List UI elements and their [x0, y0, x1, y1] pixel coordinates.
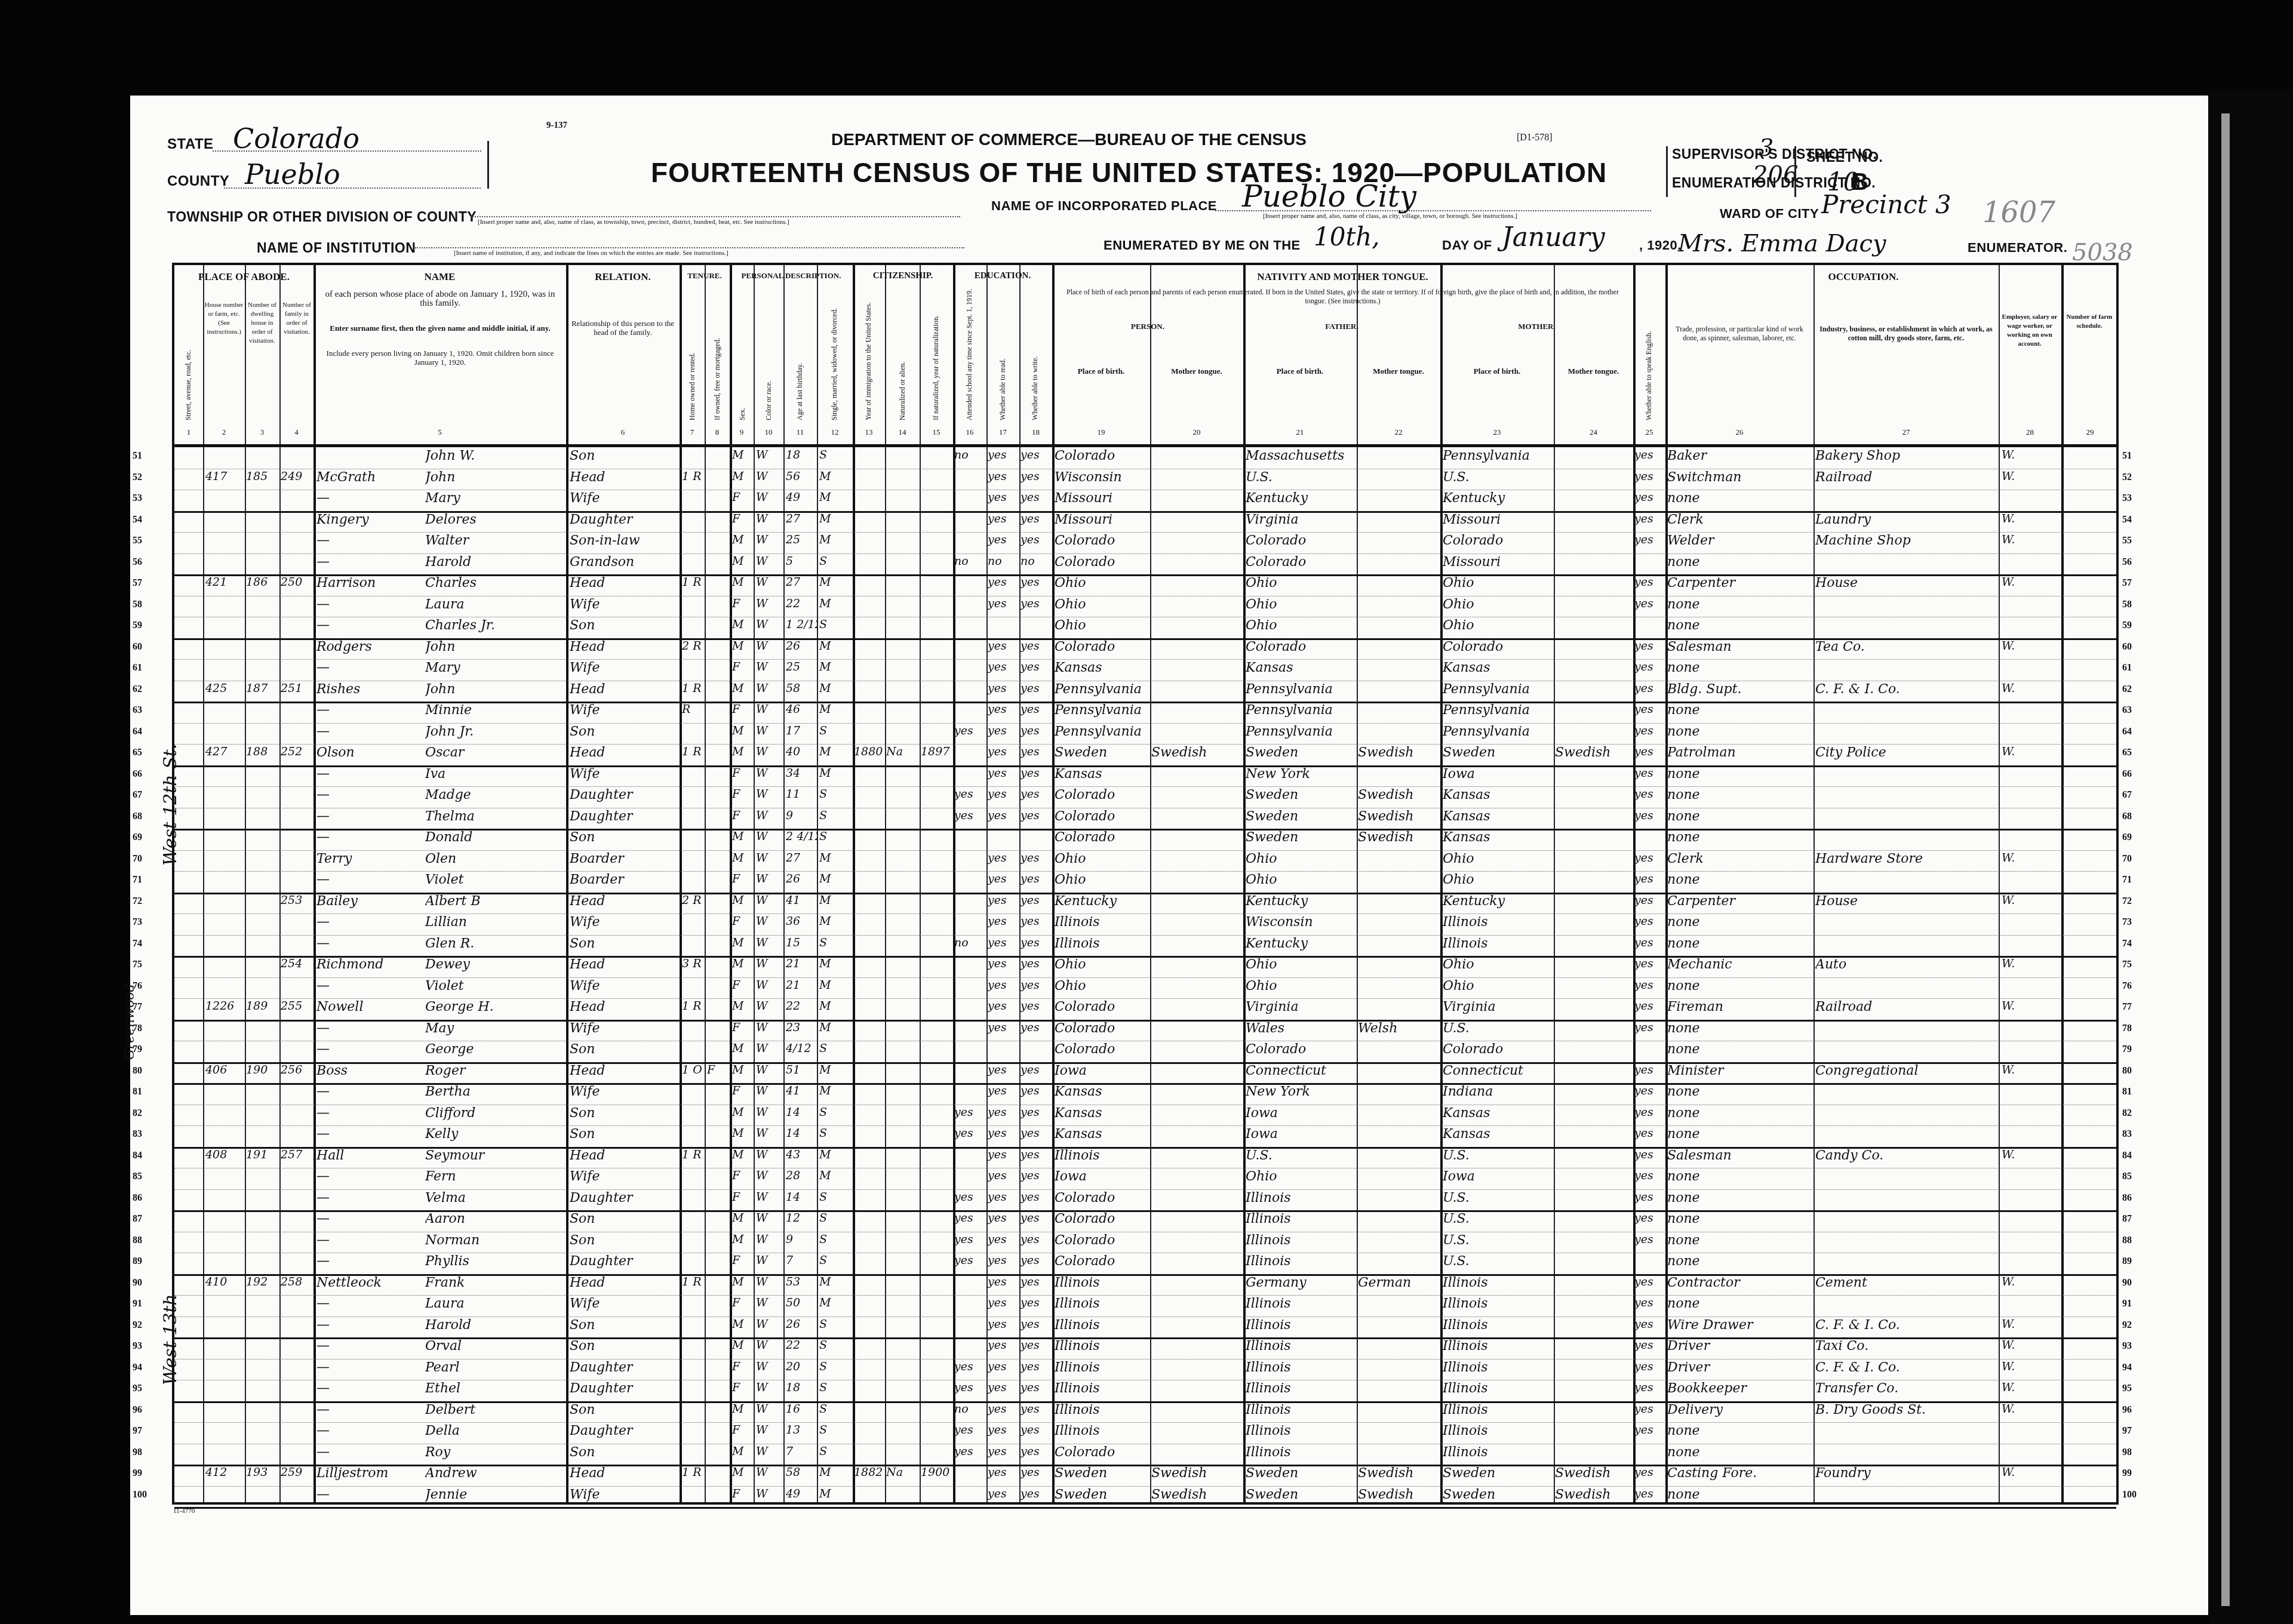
- cell-write: yes: [1021, 1339, 1052, 1352]
- line-number-right: 91: [2122, 1299, 2132, 1309]
- cell-father-birthplace: Massachusetts: [1246, 448, 1355, 463]
- cell-father-tongue: Swedish: [1358, 830, 1439, 845]
- cell-father-birthplace: Illinois: [1246, 1423, 1355, 1438]
- cell-age: 51: [786, 1063, 817, 1076]
- cell-read: yes: [988, 533, 1019, 546]
- line-number-right: 74: [2122, 939, 2132, 949]
- cell-age: 9: [786, 1233, 817, 1246]
- cell-race: W: [756, 1191, 782, 1204]
- colnum-10: 10: [754, 427, 783, 437]
- cell-birthplace: Pennsylvania: [1055, 703, 1149, 718]
- cell-speaks-english: yes: [1634, 682, 1664, 695]
- cell-relation: Head: [570, 576, 677, 590]
- cell-given-name: Frank: [425, 1275, 563, 1290]
- cell-trade: Casting Fore.: [1667, 1466, 1813, 1481]
- cell-given-name: Oscar: [425, 745, 563, 760]
- cell-read: yes: [988, 470, 1019, 483]
- cell-home-owned: 1 R: [682, 1148, 727, 1161]
- cell-mother-birthplace: Illinois: [1443, 915, 1553, 930]
- cell-sex: M: [732, 894, 752, 907]
- cell-marital-status: M: [819, 1021, 852, 1034]
- cell-age: 9: [786, 809, 817, 822]
- cell-relation: Daughter: [570, 788, 677, 802]
- name-instr-2: Include every person living on January 1…: [321, 349, 560, 367]
- street-name-west-12th: West 12th St.: [160, 744, 181, 866]
- colnum-27: 27: [1814, 427, 1999, 437]
- cell-house-number: 412: [205, 1466, 245, 1479]
- cell-birthplace: Illinois: [1055, 1318, 1149, 1333]
- cell-marital-status: S: [819, 1042, 852, 1055]
- cell-father-birthplace: Illinois: [1246, 1445, 1355, 1460]
- cell-surname: —: [316, 1127, 430, 1142]
- cell-industry: Taxi Co.: [1815, 1339, 1997, 1354]
- cell-sex: F: [732, 597, 752, 610]
- cell-sex: F: [732, 767, 752, 780]
- cell-speaks-english: yes: [1634, 724, 1664, 737]
- cell-read: yes: [988, 957, 1019, 970]
- cell-father-birthplace: Ohio: [1246, 1169, 1355, 1184]
- cell-race: W: [756, 555, 782, 568]
- table-row: —DelbertSonMW16SnoyesyesIllinoisIllinois…: [174, 1401, 2116, 1423]
- cell-birthplace: Ohio: [1055, 597, 1149, 612]
- cell-marital-status: S: [819, 555, 852, 568]
- cell-marital-status: M: [819, 660, 852, 673]
- cell-birthplace: Kansas: [1055, 1127, 1149, 1142]
- cell-mother-birthplace: Sweden: [1443, 745, 1553, 760]
- supervisor-district-value: 3: [1759, 134, 1773, 162]
- cell-mother-birthplace: Ohio: [1443, 618, 1553, 633]
- cell-house-number: 406: [205, 1063, 245, 1076]
- cell-school: yes: [954, 1445, 985, 1458]
- cell-relation: Son: [570, 618, 677, 633]
- cell-relation: Daughter: [570, 1360, 677, 1375]
- cell-marital-status: S: [819, 1360, 852, 1373]
- table-row: —LauraWifeFW22MyesyesOhioOhioOhioyesnone…: [174, 596, 2116, 618]
- cell-birthplace: Ohio: [1055, 979, 1149, 994]
- cell-race: W: [756, 682, 782, 695]
- cell-age: 21: [786, 979, 817, 992]
- cell-marital-status: M: [819, 491, 852, 504]
- line-number-right: 97: [2122, 1426, 2132, 1437]
- cell-family-number: 249: [281, 470, 313, 483]
- cell-speaks-english: yes: [1634, 957, 1664, 970]
- cell-given-name: Fern: [425, 1169, 563, 1184]
- county-label: COUNTY: [167, 173, 229, 190]
- incorporated-place-value: Pueblo City: [1242, 179, 1416, 214]
- cell-surname: —: [316, 1487, 430, 1502]
- cell-home-owned: 1 R: [682, 745, 727, 758]
- cell-marital-status: S: [819, 1423, 852, 1437]
- cell-given-name: Thelma: [425, 809, 563, 824]
- cell-mother-birthplace: Kansas: [1443, 830, 1553, 845]
- nativity-desc: Place of birth of each person and parent…: [1058, 288, 1627, 306]
- cell-sex: M: [732, 936, 752, 949]
- line-number-left: 61: [133, 663, 142, 673]
- colnum-20: 20: [1150, 427, 1243, 437]
- form-number: 9-137: [546, 121, 567, 131]
- cell-surname: Nowell: [316, 999, 430, 1014]
- colnum-18: 18: [1019, 427, 1052, 437]
- cell-trade: none: [1667, 767, 1813, 782]
- cell-age: 49: [786, 1487, 817, 1500]
- cell-school: yes: [954, 1233, 985, 1246]
- cell-speaks-english: yes: [1634, 470, 1664, 483]
- cell-surname: —: [316, 1042, 430, 1057]
- cell-write: yes: [1021, 1466, 1052, 1479]
- group-occupation: OCCUPATION.: [1665, 271, 2061, 283]
- cell-race: W: [756, 512, 782, 525]
- cell-school: yes: [954, 1254, 985, 1267]
- cell-speaks-english: yes: [1634, 1233, 1664, 1246]
- colnum-8: 8: [705, 427, 730, 437]
- colnum-21: 21: [1243, 427, 1357, 437]
- cell-birthplace: Kansas: [1055, 767, 1149, 782]
- table-row: 425187251RishesJohnHead1 RMW58MyesyesPen…: [174, 681, 2116, 704]
- cell-race: W: [756, 1106, 782, 1119]
- cell-race: W: [756, 809, 782, 822]
- cell-marital-status: S: [819, 788, 852, 801]
- cell-given-name: Delbert: [425, 1402, 563, 1417]
- cell-race: W: [756, 660, 782, 673]
- cell-read: yes: [988, 639, 1019, 653]
- line-number-left: 75: [133, 959, 142, 970]
- cell-house-number: 421: [205, 576, 245, 589]
- enumerator-name: Mrs. Emma Dacy: [1678, 230, 1886, 257]
- cell-relation: Wife: [570, 703, 677, 718]
- cell-write: yes: [1021, 1084, 1052, 1097]
- cell-surname: —: [316, 1191, 430, 1205]
- cell-trade: Minister: [1667, 1063, 1813, 1078]
- cell-race: W: [756, 448, 782, 462]
- cell-write: yes: [1021, 1211, 1052, 1225]
- street-name-west-13th: West 13th: [160, 1294, 181, 1385]
- cell-mother-birthplace: Illinois: [1443, 936, 1553, 951]
- cell-father-birthplace: Colorado: [1246, 555, 1355, 570]
- cell-marital-status: M: [819, 639, 852, 653]
- line-number-right: 80: [2122, 1066, 2132, 1076]
- cell-mother-birthplace: Iowa: [1443, 767, 1553, 782]
- cell-race: W: [756, 957, 782, 970]
- cell-race: W: [756, 745, 782, 758]
- cell-age: 43: [786, 1148, 817, 1161]
- cell-given-name: Violet: [425, 979, 563, 994]
- cell-speaks-english: yes: [1634, 1021, 1664, 1034]
- cell-surname: —: [316, 1402, 430, 1417]
- line-number-left: 53: [133, 493, 142, 504]
- cell-father-birthplace: Sweden: [1246, 809, 1355, 824]
- cell-school: yes: [954, 1423, 985, 1437]
- cell-surname: —: [316, 1318, 430, 1333]
- cell-surname: —: [316, 915, 430, 930]
- cell-sex: F: [732, 660, 752, 673]
- table-row: John W.SonMW18SnoyesyesColoradoMassachus…: [174, 447, 2116, 469]
- cell-industry: House: [1815, 576, 1997, 590]
- cell-family-number: 254: [281, 957, 313, 970]
- cell-marital-status: M: [819, 767, 852, 780]
- table-row: —VioletBoarderFW26MyesyesOhioOhioOhioyes…: [174, 871, 2116, 894]
- table-row: RodgersJohnHead2 RMW26MyesyesColoradoCol…: [174, 638, 2116, 660]
- cell-worker-class: W.: [2002, 1381, 2059, 1394]
- cell-trade: Wire Drawer: [1667, 1318, 1813, 1333]
- cell-school: yes: [954, 1381, 985, 1394]
- cell-birthplace: Iowa: [1055, 1063, 1149, 1078]
- cell-sex: M: [732, 576, 752, 589]
- cell-write: yes: [1021, 957, 1052, 970]
- cell-speaks-english: yes: [1634, 788, 1664, 801]
- cell-worker-class: W.: [2002, 1360, 2059, 1373]
- cell-marital-status: M: [819, 745, 852, 758]
- cell-sex: F: [732, 1360, 752, 1373]
- table-row: —MinnieWifeRFW46MyesyesPennsylvaniaPenns…: [174, 702, 2116, 724]
- cell-surname: Nettleock: [316, 1275, 430, 1290]
- cell-sex: F: [732, 915, 752, 928]
- scan-border-right: [2209, 90, 2293, 1624]
- institution-label: NAME OF INSTITUTION: [257, 240, 416, 256]
- cell-race: W: [756, 1360, 782, 1373]
- cell-write: yes: [1021, 1063, 1052, 1076]
- cell-read: yes: [988, 1275, 1019, 1288]
- cell-write: yes: [1021, 1445, 1052, 1458]
- cell-mother-birthplace: Kansas: [1443, 1106, 1553, 1121]
- line-number-left: 52: [133, 472, 142, 483]
- cell-marital-status: S: [819, 1381, 852, 1394]
- cell-surname: McGrath: [316, 470, 430, 485]
- cell-mother-birthplace: Pennsylvania: [1443, 703, 1553, 718]
- cell-father-birthplace: Illinois: [1246, 1296, 1355, 1311]
- cell-surname: Rodgers: [316, 639, 430, 654]
- cell-given-name: Laura: [425, 597, 563, 612]
- line-number-left: 65: [133, 748, 142, 758]
- cell-school: no: [954, 555, 985, 568]
- cell-mother-birthplace: U.S.: [1443, 1233, 1553, 1248]
- cell-relation: Son: [570, 448, 677, 463]
- name-desc: of each person whose place of abode on J…: [321, 290, 560, 308]
- cell-write: yes: [1021, 1191, 1052, 1204]
- cell-trade: none: [1667, 809, 1813, 824]
- cell-relation: Son: [570, 1127, 677, 1142]
- cell-write: yes: [1021, 1296, 1052, 1309]
- cell-trade: none: [1667, 1191, 1813, 1205]
- cell-race: W: [756, 788, 782, 801]
- cell-surname: —: [316, 1339, 430, 1354]
- cell-mother-mother-tongue: Swedish: [1555, 745, 1633, 760]
- cell-age: 25: [786, 660, 817, 673]
- colnum-19: 19: [1052, 427, 1150, 437]
- cell-given-name: George: [425, 1042, 563, 1057]
- cell-marital-status: S: [819, 1191, 852, 1204]
- cell-marital-status: M: [819, 999, 852, 1013]
- cell-age: 15: [786, 936, 817, 949]
- cell-relation: Wife: [570, 1169, 677, 1184]
- line-number-right: 78: [2122, 1023, 2132, 1034]
- cell-family-number: 259: [281, 1466, 313, 1479]
- cell-race: W: [756, 1148, 782, 1161]
- form-footer-code: 11-4770: [173, 1508, 195, 1515]
- cell-relation: Daughter: [570, 1381, 677, 1396]
- cell-speaks-english: yes: [1634, 1169, 1664, 1182]
- cell-trade: none: [1667, 979, 1813, 994]
- cell-trade: none: [1667, 1423, 1813, 1438]
- cell-write: yes: [1021, 1487, 1052, 1500]
- group-nativity: NATIVITY AND MOTHER TONGUE.: [1052, 271, 1633, 283]
- cell-speaks-english: yes: [1634, 1318, 1664, 1331]
- cell-age: 46: [786, 703, 817, 716]
- cell-marital-status: M: [819, 1084, 852, 1097]
- line-number-right: 65: [2122, 748, 2132, 758]
- township-label: TOWNSHIP OR OTHER DIVISION OF COUNTY: [167, 209, 477, 225]
- cell-family-number: 257: [281, 1148, 313, 1161]
- cell-relation: Wife: [570, 1021, 677, 1036]
- colnum-2: 2: [203, 427, 245, 437]
- cell-given-name: Kelly: [425, 1127, 563, 1142]
- cell-race: W: [756, 703, 782, 716]
- table-row: —MayWifeFW23MyesyesColoradoWalesWelshU.S…: [174, 1020, 2116, 1042]
- cell-trade: none: [1667, 936, 1813, 951]
- cell-marital-status: S: [819, 1254, 852, 1267]
- cell-given-name: Clifford: [425, 1106, 563, 1121]
- cell-given-name: Bertha: [425, 1084, 563, 1099]
- cell-sex: M: [732, 1063, 752, 1076]
- cell-trade: none: [1667, 1233, 1813, 1248]
- cell-surname: Boss: [316, 1063, 430, 1078]
- colnum-14: 14: [885, 427, 920, 437]
- table-row: —NormanSonMW9SyesyesyesColoradoIllinoisU…: [174, 1232, 2116, 1254]
- cell-birthplace: Pennsylvania: [1055, 724, 1149, 739]
- cell-birthplace: Colorado: [1055, 788, 1149, 802]
- cell-trade: none: [1667, 1042, 1813, 1057]
- cell-sex: M: [732, 470, 752, 483]
- cell-relation: Wife: [570, 915, 677, 930]
- cell-sex: M: [732, 999, 752, 1013]
- line-number-left: 63: [133, 705, 142, 716]
- cell-worker-class: W.: [2002, 894, 2059, 907]
- cell-family-number: 256: [281, 1063, 313, 1076]
- cell-mother-birthplace: U.S.: [1443, 1021, 1553, 1036]
- cell-surname: Kingery: [316, 512, 430, 527]
- cell-industry: Railroad: [1815, 999, 1997, 1014]
- line-number-left: 66: [133, 769, 142, 780]
- line-number-right: 76: [2122, 981, 2132, 992]
- cell-speaks-english: yes: [1634, 979, 1664, 992]
- cell-relation: Wife: [570, 597, 677, 612]
- cell-birthplace: Colorado: [1055, 999, 1149, 1014]
- line-number-right: 56: [2122, 557, 2132, 568]
- line-number-left: 67: [133, 790, 142, 801]
- col9-header: Sex.: [738, 301, 747, 420]
- cell-father-birthplace: Sweden: [1246, 1487, 1355, 1502]
- cell-mother-birthplace: Iowa: [1443, 1169, 1553, 1184]
- line-number-right: 70: [2122, 854, 2132, 865]
- cell-relation: Head: [570, 1275, 677, 1290]
- cell-surname: Bailey: [316, 894, 430, 909]
- cell-mother-birthplace: Ohio: [1443, 979, 1553, 994]
- cell-age: 26: [786, 639, 817, 653]
- cell-read: no: [988, 555, 1019, 568]
- line-number-right: 87: [2122, 1214, 2132, 1225]
- cell-given-name: Lillian: [425, 915, 563, 930]
- cell-relation: Head: [570, 1063, 677, 1078]
- line-number-right: 95: [2122, 1383, 2132, 1394]
- cell-mother-birthplace: Missouri: [1443, 512, 1553, 527]
- cell-given-name: Harold: [425, 555, 563, 570]
- cell-worker-class: W.: [2002, 1339, 2059, 1352]
- cell-surname: Richmond: [316, 957, 430, 972]
- cell-mother-birthplace: U.S.: [1443, 1148, 1553, 1163]
- cell-marital-status: S: [819, 724, 852, 737]
- cell-mother-birthplace: Pennsylvania: [1443, 682, 1553, 697]
- cell-surname: —: [316, 1084, 430, 1099]
- cell-mother-birthplace: Ohio: [1443, 872, 1553, 887]
- cell-relation: Wife: [570, 1084, 677, 1099]
- cell-mother-birthplace: Illinois: [1443, 1423, 1553, 1438]
- line-number-right: 88: [2122, 1235, 2132, 1246]
- township-hint: [Insert proper name and, also, name of c…: [478, 219, 789, 226]
- line-number-right: 73: [2122, 917, 2132, 928]
- cell-given-name: Mary: [425, 660, 563, 675]
- cell-marital-status: M: [819, 851, 852, 865]
- table-row: —Charles Jr.SonMW1 2/12SOhioOhioOhionone…: [174, 617, 2116, 640]
- table-row: 408191257HallSeymourHead1 RMW43MyesyesIl…: [174, 1147, 2116, 1169]
- col3-header: Number of dwelling house in order of vis…: [246, 301, 278, 346]
- cell-birthplace: Ohio: [1055, 576, 1149, 590]
- cell-given-name: Iva: [425, 767, 563, 782]
- cell-dwelling-number: 193: [246, 1466, 279, 1479]
- cell-sex: M: [732, 1127, 752, 1140]
- cell-father-tongue: Swedish: [1358, 809, 1439, 824]
- table-row: —MaryWifeFW25MyesyesKansasKansasKansasye…: [174, 659, 2116, 681]
- group-citizenship: CITIZENSHIP.: [853, 271, 953, 281]
- line-number-left: 81: [133, 1087, 142, 1097]
- cell-trade: none: [1667, 1106, 1813, 1121]
- line-number-left: 82: [133, 1108, 142, 1119]
- line-number-left: 64: [133, 727, 142, 737]
- cell-father-birthplace: Ohio: [1246, 872, 1355, 887]
- cell-relation: Wife: [570, 767, 677, 782]
- district-bracket-right: [1794, 146, 1796, 197]
- cell-race: W: [756, 1042, 782, 1055]
- cell-house-number: 417: [205, 470, 245, 483]
- cell-industry: B. Dry Goods St.: [1815, 1402, 1997, 1417]
- cell-father-tongue: Welsh: [1358, 1021, 1439, 1036]
- cell-surname: —: [316, 830, 430, 845]
- cell-father-birthplace: Colorado: [1246, 1042, 1355, 1057]
- col4-header: Number of family in order of visitation.: [281, 301, 313, 337]
- line-number-right: 92: [2122, 1320, 2132, 1331]
- line-number-left: 91: [133, 1299, 142, 1309]
- cell-industry: City Police: [1815, 745, 1997, 760]
- cell-race: W: [756, 491, 782, 504]
- cell-marital-status: S: [819, 618, 852, 631]
- cell-race: W: [756, 1275, 782, 1288]
- line-number-left: 59: [133, 620, 142, 631]
- cell-given-name: John: [425, 639, 563, 654]
- cell-surname: —: [316, 767, 430, 782]
- cell-birthplace: Ohio: [1055, 957, 1149, 972]
- cell-immigration-year: 1880: [854, 745, 885, 758]
- line-number-left: 68: [133, 811, 142, 822]
- cell-write: yes: [1021, 470, 1052, 483]
- cell-sex: M: [732, 1402, 752, 1416]
- cell-surname: —: [316, 1169, 430, 1184]
- cell-given-name: Seymour: [425, 1148, 563, 1163]
- cell-speaks-english: yes: [1634, 1423, 1664, 1437]
- cell-marital-status: M: [819, 533, 852, 546]
- cell-relation: Wife: [570, 979, 677, 994]
- cell-speaks-english: yes: [1634, 1275, 1664, 1288]
- cell-age: 40: [786, 745, 817, 758]
- line-number-right: 82: [2122, 1108, 2132, 1119]
- cell-race: W: [756, 597, 782, 610]
